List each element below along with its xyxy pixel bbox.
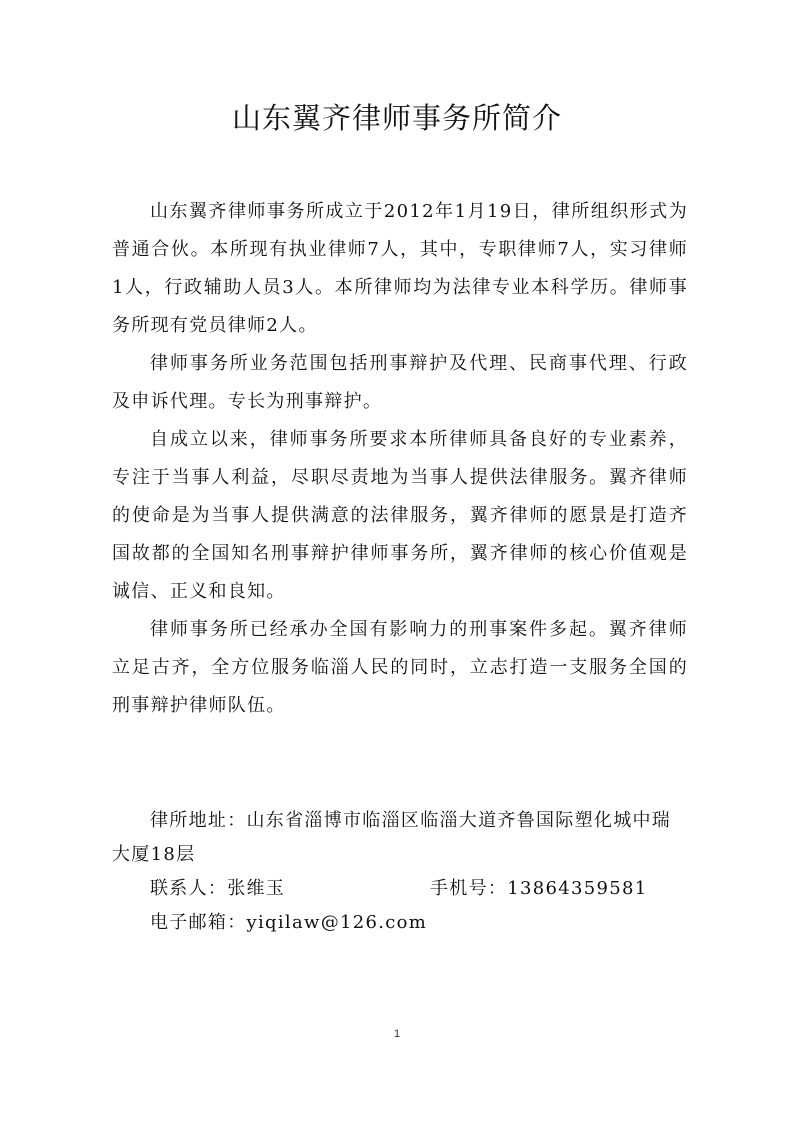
paragraph-mission: 自成立以来，律师事务所要求本所律师具备良好的专业素养，专注于当事人利益，尽职尽责…	[112, 421, 688, 611]
contact-person-value: 张维玉	[227, 878, 285, 899]
contact-block: 律所地址：山东省淄博市临淄区临淄大道齐鲁国际塑化城中瑞大厦18层 联系人：张维玉…	[112, 804, 688, 940]
address-label: 律所地址：	[150, 810, 247, 831]
document-title: 山东翼齐律师事务所简介	[0, 96, 794, 137]
page-number: 1	[0, 1028, 794, 1040]
contact-person: 联系人：张维玉	[150, 872, 430, 906]
contact-person-label: 联系人：	[150, 878, 227, 899]
paragraph-business-scope: 律师事务所业务范围包括刑事辩护及代理、民商事代理、行政及申诉代理。专长为刑事辩护…	[112, 345, 688, 421]
email-line: 电子邮箱：yiqilaw@126.com	[112, 906, 688, 940]
email-value: yiqilaw@126.com	[247, 912, 428, 933]
contact-phone-line: 联系人：张维玉 手机号：13864359581	[112, 872, 688, 906]
phone-label: 手机号：	[430, 878, 507, 899]
document-body: 山东翼齐律师事务所成立于2012年1月19日，律所组织形式为普通合伙。本所现有执…	[112, 193, 688, 725]
phone: 手机号：13864359581	[430, 872, 647, 906]
paragraph-cases: 律师事务所已经承办全国有影响力的刑事案件多起。翼齐律师立足古齐，全方位服务临淄人…	[112, 611, 688, 725]
phone-value: 13864359581	[507, 878, 647, 899]
address-line: 律所地址：山东省淄博市临淄区临淄大道齐鲁国际塑化城中瑞大厦18层	[112, 804, 688, 872]
paragraph-founding: 山东翼齐律师事务所成立于2012年1月19日，律所组织形式为普通合伙。本所现有执…	[112, 193, 688, 345]
email-label: 电子邮箱：	[150, 912, 247, 933]
